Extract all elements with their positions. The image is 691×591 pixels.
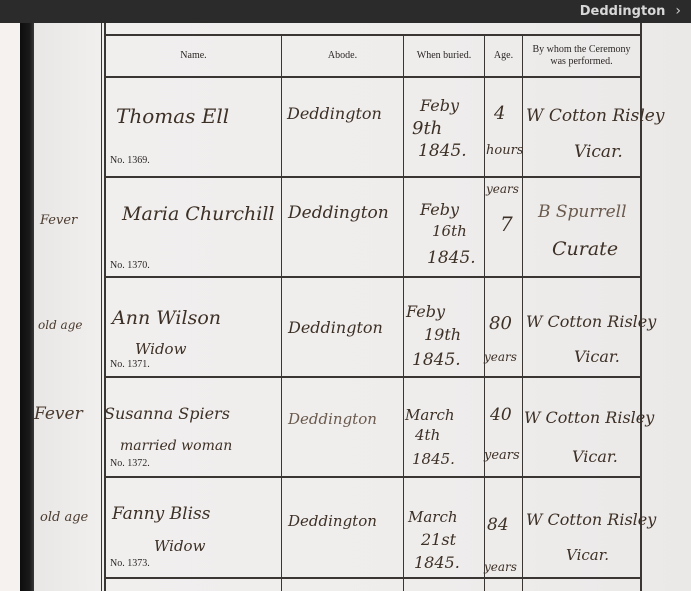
entry-abode: Deddington: [288, 512, 377, 530]
entry-burial-year: 1845.: [427, 248, 476, 268]
top-bar: Deddington ›: [0, 0, 691, 23]
entry-officiant-name: W Cotton Risley: [524, 408, 654, 427]
entry-name-note: Widow: [135, 340, 186, 358]
entry-officiant-title: Vicar.: [566, 546, 609, 564]
entry-name: Fanny Bliss: [112, 504, 211, 524]
entry-age-unit: years: [486, 182, 519, 196]
entry-margin-note: old age: [40, 510, 88, 525]
entry-name-note: married woman: [120, 438, 232, 454]
entry-number: No. 1371.: [110, 359, 150, 370]
entry-margin-note: Fever: [40, 213, 77, 228]
entry-officiant-name: W Cotton Risley: [526, 510, 656, 529]
entry-officiant-name: W Cotton Risley: [526, 106, 664, 126]
entry-burial-month: Feby: [420, 200, 459, 219]
entry-age-unit: years: [484, 350, 517, 364]
entry-officiant-name: W Cotton Risley: [526, 312, 656, 331]
entry-name: Thomas Ell: [116, 104, 229, 128]
entry-burial-month: March: [408, 508, 458, 526]
entry-burial-year: 1845.: [414, 553, 460, 572]
entry-burial-day: 16th: [432, 222, 467, 240]
entry-burial-month: Feby: [406, 302, 445, 321]
entry-officiant-title: Vicar.: [572, 447, 618, 466]
entry-name: Susanna Spiers: [104, 404, 230, 423]
entry-age-value: 4: [494, 103, 505, 124]
entry-abode: Deddington: [288, 203, 389, 223]
entry-number: No. 1370.: [110, 260, 150, 271]
entry-name: Maria Churchill: [122, 203, 275, 225]
entry-margin-note: old age: [38, 318, 83, 332]
entry-age-value: 80: [489, 313, 512, 334]
entry-officiant-title: Vicar.: [574, 142, 623, 162]
entry-margin-note: Fever: [34, 404, 83, 424]
entry-burial-day: 21st: [421, 530, 456, 549]
column-header-when-buried: When buried.: [404, 36, 484, 76]
entry-age-value: 7: [500, 212, 513, 236]
entry-abode: Deddington: [288, 410, 377, 428]
entry-abode: Deddington: [287, 104, 382, 123]
column-header-officiant: By whom the Ceremony was performed.: [523, 36, 640, 76]
entry-officiant-name: B Spurrell: [538, 202, 627, 222]
entry-burial-year: 1845.: [412, 450, 455, 468]
entry-burial-day: 9th: [412, 118, 442, 139]
viewer-margin: [0, 23, 20, 591]
chevron-right-icon: ›: [675, 0, 681, 23]
entry-burial-day: 19th: [424, 325, 461, 344]
entry-number: No. 1369.: [110, 155, 150, 166]
entry-age-unit: hours: [486, 143, 523, 158]
breadcrumb-deddington[interactable]: Deddington ›: [580, 0, 681, 23]
entry-burial-month: March: [405, 406, 455, 424]
entry-officiant-title: Curate: [552, 238, 618, 260]
entry-age-unit: years: [484, 560, 517, 574]
entry-abode: Deddington: [288, 318, 383, 337]
entry-age-value: 84: [487, 515, 509, 535]
column-header-abode: Abode.: [282, 36, 403, 76]
entry-age-value: 40: [490, 405, 512, 425]
book-spine: [20, 23, 34, 591]
entry-burial-year: 1845.: [418, 141, 467, 161]
column-header-name: Name.: [106, 36, 281, 76]
entry-name: Ann Wilson: [112, 307, 221, 329]
entry-age-unit: years: [484, 448, 520, 463]
entry-number: No. 1373.: [110, 558, 150, 569]
entry-burial-year: 1845.: [412, 350, 461, 370]
entry-officiant-title: Vicar.: [574, 347, 620, 366]
entry-name-note: Widow: [154, 537, 205, 555]
entry-burial-day: 4th: [415, 426, 440, 444]
entry-burial-month: Feby: [420, 96, 459, 115]
column-header-age: Age.: [485, 36, 522, 76]
entry-number: No. 1372.: [110, 458, 150, 469]
breadcrumb-label: Deddington: [580, 0, 666, 23]
